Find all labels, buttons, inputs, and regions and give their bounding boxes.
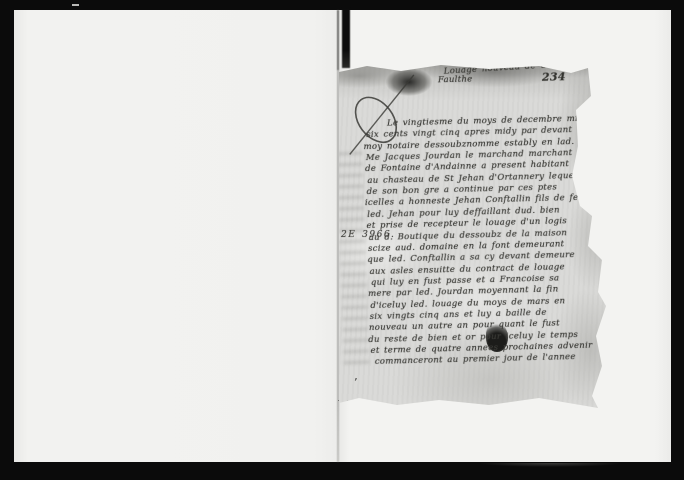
folio-number: 234 (542, 70, 566, 84)
manuscript-text-block: Louage nouveau de Conftalling Faulthe 23… (338, 58, 616, 408)
gutter-shadow-dark (342, 8, 350, 68)
film-speck (72, 4, 79, 6)
manuscript-line: commanceront au premier jour de l'annee (375, 353, 576, 367)
manuscript-leaf: 2E 3966. ’ Louage nouveau de Conftalling… (339, 64, 609, 408)
bottom-band-smudge (455, 463, 645, 471)
manuscript-subtitle-line: Faulthe (438, 74, 473, 85)
left-blank-page (14, 10, 339, 462)
scanned-document-photo: 2E 3966. ’ Louage nouveau de Conftalling… (0, 0, 684, 480)
gutter-fold-line (337, 10, 339, 462)
